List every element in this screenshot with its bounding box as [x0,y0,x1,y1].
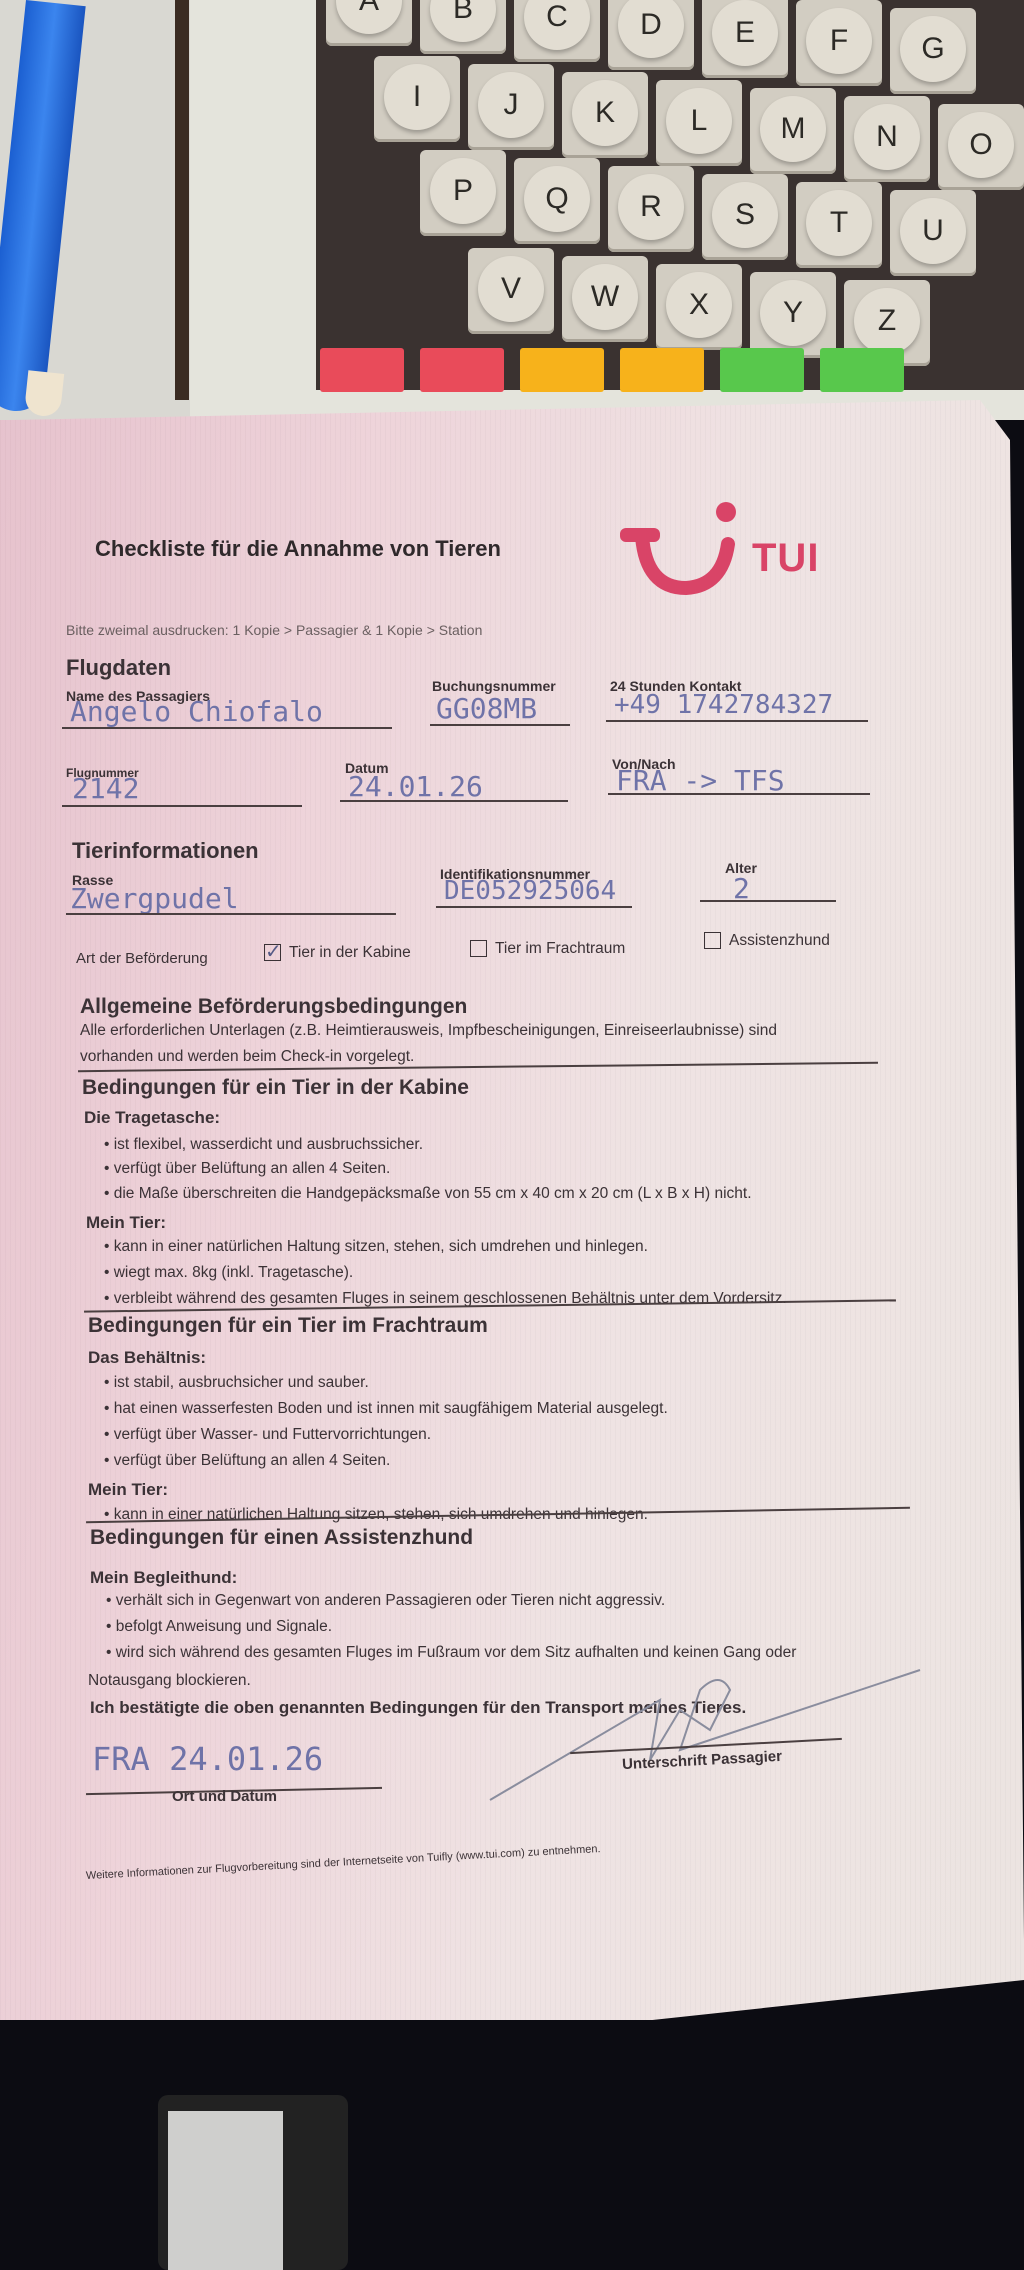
key-m[interactable]: M [760,96,826,162]
key-v[interactable]: V [478,256,544,322]
container-item: • ist stabil, ausbruchsicher und sauber. [104,1374,369,1392]
key-l[interactable]: L [666,88,732,154]
cabin-pet-heading: Mein Tier: [86,1213,166,1233]
companion-dog-heading: Mein Begleithund: [90,1568,237,1588]
bag-item: • verfügt über Belüftung an allen 4 Seit… [104,1160,390,1178]
key-r[interactable]: R [618,174,684,240]
id-number-field[interactable]: DE052925064 [444,876,616,906]
place-date-label: Ort und Datum [172,1788,277,1805]
key-q[interactable]: Q [524,166,590,232]
cargo-conditions-heading: Bedingungen für ein Tier im Frachtraum [88,1314,488,1338]
red-key[interactable] [320,348,404,392]
option-assistance-label: Assistenzhund [729,932,830,949]
key-g[interactable]: G [900,16,966,82]
dog-item: • befolgt Anweisung und Signale. [106,1618,332,1636]
cabin-pet-item: • wiegt max. 8kg (inkl. Tragetasche). [104,1264,353,1282]
machine-edge [175,0,189,400]
dog-item: • verhält sich in Gegenwart von anderen … [106,1592,665,1610]
green-key[interactable] [720,348,804,392]
passenger-name-field[interactable]: Angelo Chiofalo [70,695,323,728]
cabin-conditions-heading: Bedingungen für ein Tier in der Kabine [82,1076,469,1100]
key-y[interactable]: Y [760,280,826,346]
date-field[interactable]: 24.01.26 [348,770,483,803]
key-w[interactable]: W [572,264,638,330]
checkbox-checked-icon[interactable] [264,944,281,961]
key-o[interactable]: O [948,112,1014,178]
bag-item: • ist flexibel, wasserdicht und ausbruch… [104,1136,423,1154]
animal-section-heading: Tierinformationen [72,838,259,864]
booking-number-field[interactable]: GG08MB [436,692,537,725]
key-a[interactable]: A [336,0,402,34]
place-date-field[interactable]: FRA 24.01.26 [92,1740,323,1778]
print-hint: Bitte zweimal ausdrucken: 1 Kopie > Pass… [66,622,482,638]
breed-field[interactable]: Zwergpudel [70,882,239,915]
key-p[interactable]: P [430,158,496,224]
dog-item-continuation: Notausgang blockieren. [88,1672,251,1690]
container-item: • verfügt über Wasser- und Futtervorrich… [104,1426,431,1444]
key-k[interactable]: K [572,80,638,146]
key-e[interactable]: E [712,0,778,66]
key-z[interactable]: Z [854,288,920,354]
contact-field[interactable]: +49 1742784327 [614,690,833,720]
key-d[interactable]: D [618,0,684,58]
phone-device [158,2095,348,2270]
key-b[interactable]: B [430,0,496,42]
key-i[interactable]: I [384,64,450,130]
general-conditions-line2: vorhanden und werden beim Check-in vorge… [80,1048,414,1066]
option-cabin[interactable]: Tier in der Kabine [264,944,411,962]
tui-smile-logo-icon [616,500,746,600]
assistance-dog-heading: Bedingungen für einen Assistenzhund [90,1526,473,1550]
letter-keyboard: A B C D E F G I J K L M N O P Q R S T U … [316,0,1024,390]
key-j[interactable]: J [478,72,544,138]
checkbox-unchecked-icon[interactable] [704,932,721,949]
cabin-pet-item: • kann in einer natürlichen Haltung sitz… [104,1238,648,1256]
container-heading: Das Behältnis: [88,1348,206,1368]
general-conditions-line1: Alle erforderlichen Unterlagen (z.B. Hei… [80,1022,777,1040]
carrier-bag-heading: Die Tragetasche: [84,1108,220,1128]
option-cabin-label: Tier in der Kabine [289,944,411,961]
key-u[interactable]: U [900,198,966,264]
key-s[interactable]: S [712,182,778,248]
key-x[interactable]: X [666,272,732,338]
green-key[interactable] [820,348,904,392]
yellow-key[interactable] [520,348,604,392]
general-conditions-heading: Allgemeine Beförderungsbedingungen [80,995,467,1019]
checkbox-unchecked-icon[interactable] [470,940,487,957]
form-title: Checkliste für die Annahme von Tieren [95,536,501,562]
container-item: • verfügt über Belüftung an allen 4 Seit… [104,1452,390,1470]
container-item: • hat einen wasserfesten Boden und ist i… [104,1400,668,1418]
transport-type-label: Art der Beförderung [76,950,208,967]
option-cargo-label: Tier im Frachtraum [495,940,625,957]
signature-icon [480,1660,930,1810]
phone-screen [168,2111,283,2270]
key-f[interactable]: F [806,8,872,74]
key-n[interactable]: N [854,104,920,170]
option-assistance-dog[interactable]: Assistenzhund [704,932,830,950]
red-key[interactable] [420,348,504,392]
flight-section-heading: Flugdaten [66,655,171,681]
tui-brand-text: TUI [752,536,819,581]
option-cargo[interactable]: Tier im Frachtraum [470,940,625,958]
bag-item: • die Maße überschreiten die Handgepäcks… [104,1185,752,1203]
key-t[interactable]: T [806,190,872,256]
flight-number-field[interactable]: 2142 [72,772,139,805]
key-c[interactable]: C [524,0,590,50]
cargo-pet-heading: Mein Tier: [88,1480,168,1500]
yellow-key[interactable] [620,348,704,392]
